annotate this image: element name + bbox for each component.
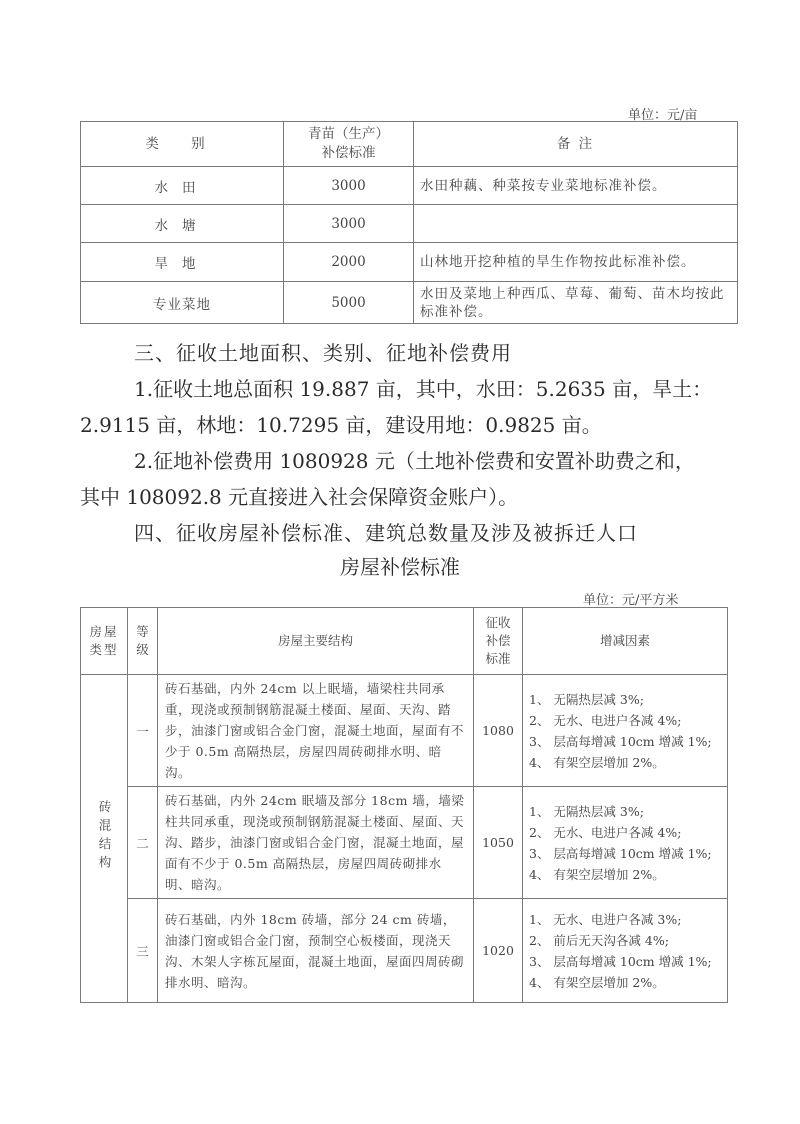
header-note: 备 注 — [414, 122, 738, 167]
note-cell — [414, 205, 738, 243]
grade-cell: 三 — [128, 899, 158, 1003]
standard-cell: 3000 — [284, 167, 414, 205]
section3-paragraph1-line2: 2.9115 亩，林地：10.7295 亩，建设用地：0.9825 亩。 — [80, 409, 602, 438]
section4-heading: 四、征收房屋补偿标准、建筑总数量及涉及被拆迁人口 — [134, 517, 638, 546]
section3-paragraph2-line1: 2.征地补偿费用 1080928 元（土地补偿费和安置补助费之和， — [134, 445, 695, 474]
grade-cell: 一 — [128, 675, 158, 787]
header-standard: 征收补偿标准 — [474, 608, 523, 675]
structure-cell: 砖石基础，内外 24cm 以上眠墙，墙梁柱共同承重，现浇或预制钢筋混凝土楼面、屋… — [158, 675, 474, 787]
table-row: 二 砖石基础，内外 24cm 眠墙及部分 18cm 墙，墙梁柱共同承重，现浇或预… — [81, 787, 728, 899]
table-header-row: 类 别 青苗（生产）补偿标准 备 注 — [81, 122, 738, 167]
table2-unit-label: 单位：元/平方米 — [583, 589, 678, 608]
header-house-type: 房屋类型 — [81, 608, 128, 675]
header-structure: 房屋主要结构 — [158, 608, 474, 675]
structure-cell: 砖石基础，内外 24cm 眠墙及部分 18cm 墙，墙梁柱共同承重，现浇或预制钢… — [158, 787, 474, 899]
structure-cell: 砖石基础，内外 18cm 砖墙，部分 24 cm 砖墙，油漆门窗或铝合金门窗，预… — [158, 899, 474, 1003]
category-cell: 水田 — [81, 167, 284, 205]
green-crop-compensation-table: 类 别 青苗（生产）补偿标准 备 注 水田 3000 水田种藕、种菜按专业菜地标… — [80, 121, 738, 324]
standard-cell: 5000 — [284, 282, 414, 324]
category-cell: 水塘 — [81, 205, 284, 243]
table-row: 旱地 2000 山林地开挖种植的旱生作物按此标准补偿。 — [81, 243, 738, 282]
factors-cell: 1、 无隔热层减 3%;2、 无水、电进户各减 4%;3、 层高每增减 10cm… — [523, 675, 728, 787]
factors-cell: 1、 无水、电进户各减 3%;2、 前后无天沟各减 4%;3、 层高每增减 10… — [523, 899, 728, 1003]
header-grade: 等级 — [128, 608, 158, 675]
house-compensation-table: 房屋类型 等级 房屋主要结构 征收补偿标准 增减因素 砖混结构 一 砖石基础，内… — [80, 607, 728, 1003]
note-cell: 水田种藕、种菜按专业菜地标准补偿。 — [414, 167, 738, 205]
header-category: 类 别 — [81, 122, 284, 167]
section3-heading: 三、征收土地面积、类别、征地补偿费用 — [134, 337, 512, 366]
note-cell: 水田及菜地上种西瓜、草莓、葡萄、苗木均按此标准补偿。 — [414, 282, 738, 324]
table-row: 水塘 3000 — [81, 205, 738, 243]
header-factors: 增减因素 — [523, 608, 728, 675]
table-row: 水田 3000 水田种藕、种菜按专业菜地标准补偿。 — [81, 167, 738, 205]
category-cell: 旱地 — [81, 243, 284, 282]
standard-cell: 1050 — [474, 787, 523, 899]
house-compensation-table-title: 房屋补偿标准 — [340, 551, 460, 580]
standard-cell: 2000 — [284, 243, 414, 282]
section3-paragraph2-line2: 其中 108092.8 元直接进入社会保障资金账户）。 — [80, 481, 518, 510]
table-row: 砖混结构 一 砖石基础，内外 24cm 以上眠墙，墙梁柱共同承重，现浇或预制钢筋… — [81, 675, 728, 787]
table-row: 专业菜地 5000 水田及菜地上种西瓜、草莓、葡萄、苗木均按此标准补偿。 — [81, 282, 738, 324]
factors-cell: 1、 无隔热层减 3%;2、 无水、电进户各减 4%;3、 层高每增减 10cm… — [523, 787, 728, 899]
note-cell: 山林地开挖种植的旱生作物按此标准补偿。 — [414, 243, 738, 282]
table-header-row: 房屋类型 等级 房屋主要结构 征收补偿标准 增减因素 — [81, 608, 728, 675]
house-type-cell: 砖混结构 — [81, 675, 128, 1003]
standard-cell: 1020 — [474, 899, 523, 1003]
standard-cell: 1080 — [474, 675, 523, 787]
section3-paragraph1-line1: 1.征收土地总面积 19.887 亩，其中，水田：5.2635 亩，旱土： — [134, 373, 712, 402]
grade-cell: 二 — [128, 787, 158, 899]
standard-cell: 3000 — [284, 205, 414, 243]
table-row: 三 砖石基础，内外 18cm 砖墙，部分 24 cm 砖墙，油漆门窗或铝合金门窗… — [81, 899, 728, 1003]
header-standard: 青苗（生产）补偿标准 — [284, 122, 414, 167]
category-cell: 专业菜地 — [81, 282, 284, 324]
